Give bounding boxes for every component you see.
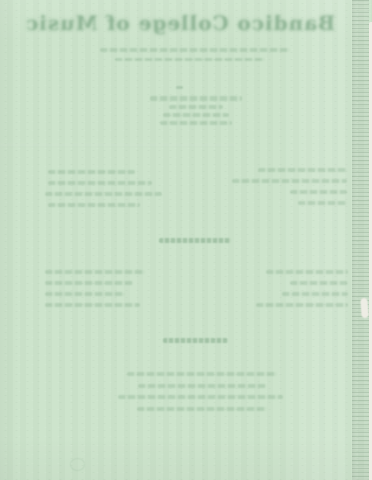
ghost-line [232, 179, 347, 183]
ghost-line [160, 121, 232, 125]
perforation-strip [352, 0, 369, 480]
ghost-lines-layer [0, 0, 372, 480]
ghost-line [137, 407, 267, 411]
ghost-line [45, 292, 125, 296]
ghost-line [258, 168, 347, 172]
ghost-heading [163, 338, 228, 343]
ghost-line [127, 372, 277, 376]
ghost-line [48, 203, 140, 207]
ghost-line [48, 181, 152, 185]
ghost-line [100, 48, 290, 52]
smudge-mark [70, 458, 85, 471]
ghost-line [45, 192, 162, 196]
ghost-line [118, 395, 283, 399]
ghost-line [45, 281, 133, 285]
ghost-mark [176, 86, 183, 89]
ghost-line [45, 270, 145, 274]
page-edge-tear [360, 298, 368, 318]
ghost-heading [159, 238, 231, 243]
ghost-line [115, 58, 265, 61]
ghost-line [163, 113, 229, 117]
ghost-line [290, 190, 347, 194]
ghost-line [48, 170, 135, 174]
ghost-line [138, 384, 266, 388]
ghost-line [298, 201, 347, 205]
ghost-line [256, 303, 348, 307]
ghost-line [169, 105, 223, 109]
ghost-line [150, 96, 242, 101]
ghost-line [290, 281, 348, 285]
ghost-line [45, 303, 140, 307]
ghost-line [266, 270, 348, 274]
ghost-line [282, 292, 348, 296]
scanned-page: Bandico College of Music [0, 0, 372, 480]
